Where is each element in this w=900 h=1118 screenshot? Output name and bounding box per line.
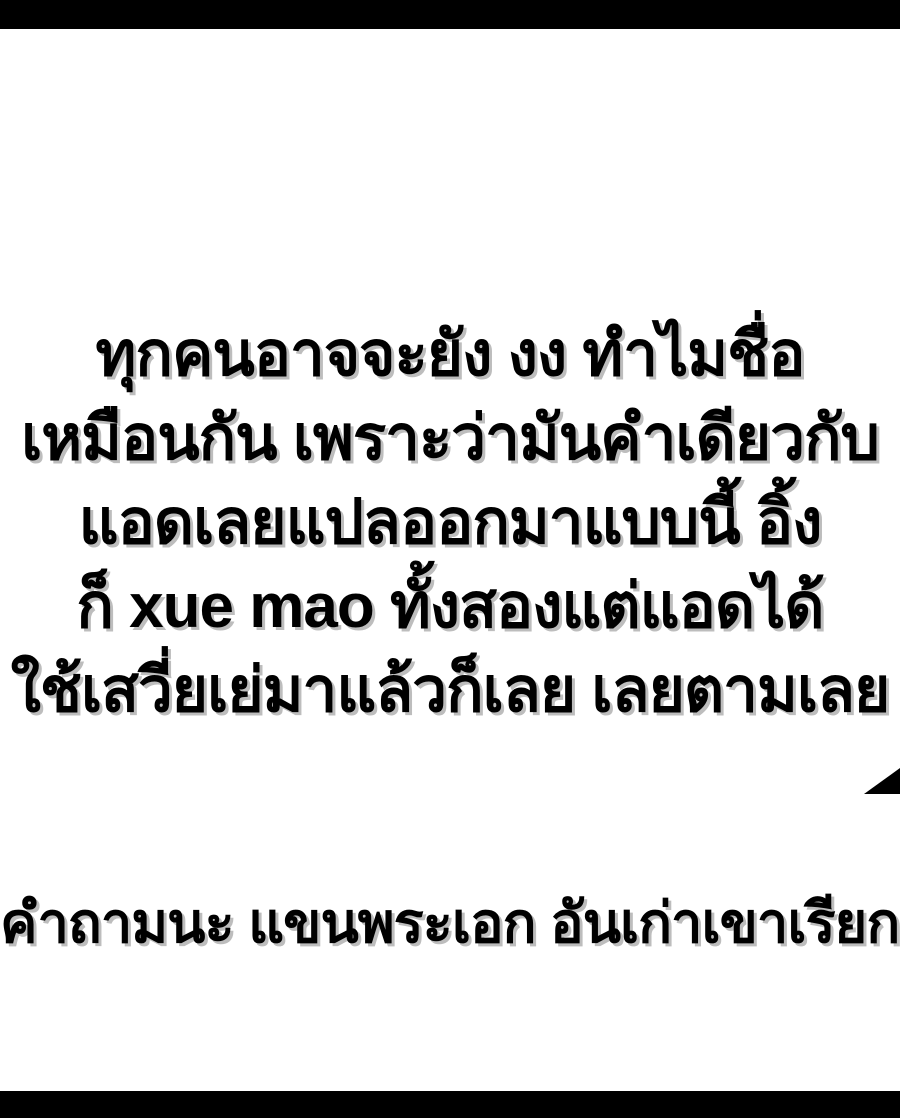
comic-page: ทุกคนอาจจะยัง งง ทำไมชื่อ เหมือนกัน เพรา… (0, 0, 900, 1118)
translator-note-line: เหมือนกัน เพราะว่ามันคำเดียวกับ (0, 397, 900, 481)
question-text: คำถามนะ แขนพระเอก อันเก่าเขาเรียกอะไรอ่ะ (0, 890, 900, 956)
translator-note: ทุกคนอาจจะยัง งง ทำไมชื่อ เหมือนกัน เพรา… (0, 313, 900, 733)
translator-note-line: แอดเลยแปลออกมาแบบนี้ อิ้ง (0, 481, 900, 565)
top-letterbox-bar (0, 0, 900, 29)
translator-note-line: ทุกคนอาจจะยัง งง ทำไมชื่อ (0, 313, 900, 397)
translator-note-line: ก็ xue mao ทั้งสองแต่แอดได้ (0, 565, 900, 649)
bottom-letterbox-bar (0, 1091, 900, 1118)
corner-triangle-icon (864, 768, 900, 794)
translator-note-line: ใช้เสวี่ยเย่มาแล้วก็เลย เลยตามเลย (0, 649, 900, 733)
